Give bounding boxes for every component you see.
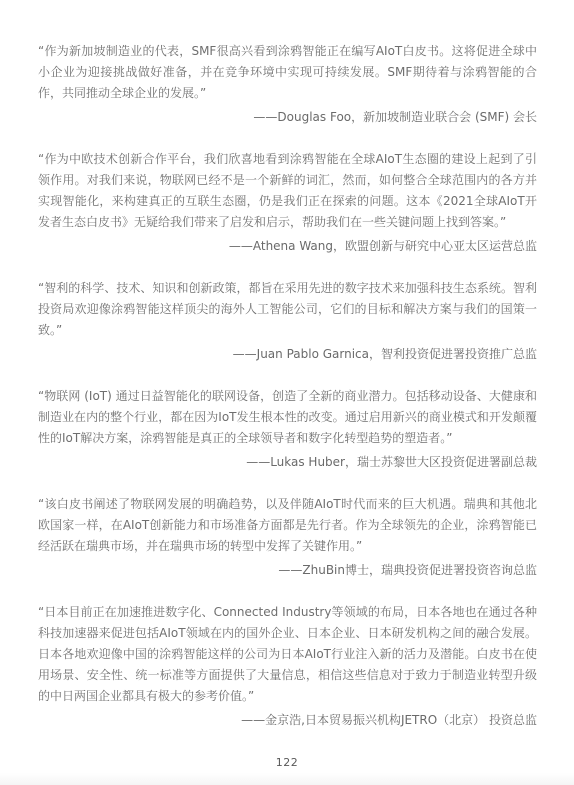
testimonial-block-zurich: “物联网 (IoT) 通过日益智能化的联网设备，创造了全新的商业潜力。包括移动设… <box>38 386 537 473</box>
testimonial-block-chile: “智利的科学、技术、知识和创新政策，都旨在采用先进的数字技术来加强科技生态系统。… <box>38 278 537 365</box>
testimonial-quote: “智利的科学、技术、知识和创新政策，都旨在采用先进的数字技术来加强科技生态系统。… <box>38 278 537 341</box>
testimonial-quote: “物联网 (IoT) 通过日益智能化的联网设备，创造了全新的商业潜力。包括移动设… <box>38 386 537 449</box>
testimonial-block-eu-center: “作为中欧技术创新合作平台，我们欣喜地看到涂鸦智能在全球AIoT生态圈的建设上起… <box>38 149 537 257</box>
testimonial-block-smf: “作为新加坡制造业的代表，SMF很高兴看到涂鸦智能正在编写AIoT白皮书。这将促… <box>38 41 537 128</box>
page-bottom-edge <box>0 773 574 785</box>
testimonials-section: “作为新加坡制造业的代表，SMF很高兴看到涂鸦智能正在编写AIoT白皮书。这将促… <box>0 0 574 731</box>
testimonial-quote: “作为中欧技术创新合作平台，我们欣喜地看到涂鸦智能在全球AIoT生态圈的建设上起… <box>38 149 537 233</box>
testimonial-attribution: ——金京浩,日本贸易振兴机构JETRO（北京） 投资总监 <box>38 710 537 731</box>
testimonial-attribution: ——Juan Pablo Garnica，智利投资促进署投资推广总监 <box>38 344 537 365</box>
testimonial-attribution: ——Douglas Foo，新加坡制造业联合会 (SMF) 会长 <box>38 107 537 128</box>
document-page: “作为新加坡制造业的代表，SMF很高兴看到涂鸦智能正在编写AIoT白皮书。这将促… <box>0 0 574 785</box>
testimonial-attribution: ——Athena Wang，欧盟创新与研究中心亚太区运营总监 <box>38 236 537 257</box>
testimonial-block-jetro: “日本目前正在加速推进数字化、Connected Industry等领域的布局，… <box>38 602 537 731</box>
testimonial-quote: “日本目前正在加速推进数字化、Connected Industry等领域的布局，… <box>38 602 537 707</box>
testimonial-attribution: ——ZhuBin博士，瑞典投资促进署投资咨询总监 <box>38 560 537 581</box>
testimonial-quote: “该白皮书阐述了物联网发展的明确趋势，以及伴随AIoT时代而来的巨大机遇。瑞典和… <box>38 494 537 557</box>
testimonial-attribution: ——Lukas Huber，瑞士苏黎世大区投资促进署副总裁 <box>38 452 537 473</box>
page-number: 122 <box>0 756 574 769</box>
testimonial-quote: “作为新加坡制造业的代表，SMF很高兴看到涂鸦智能正在编写AIoT白皮书。这将促… <box>38 41 537 104</box>
testimonial-block-sweden: “该白皮书阐述了物联网发展的明确趋势，以及伴随AIoT时代而来的巨大机遇。瑞典和… <box>38 494 537 581</box>
